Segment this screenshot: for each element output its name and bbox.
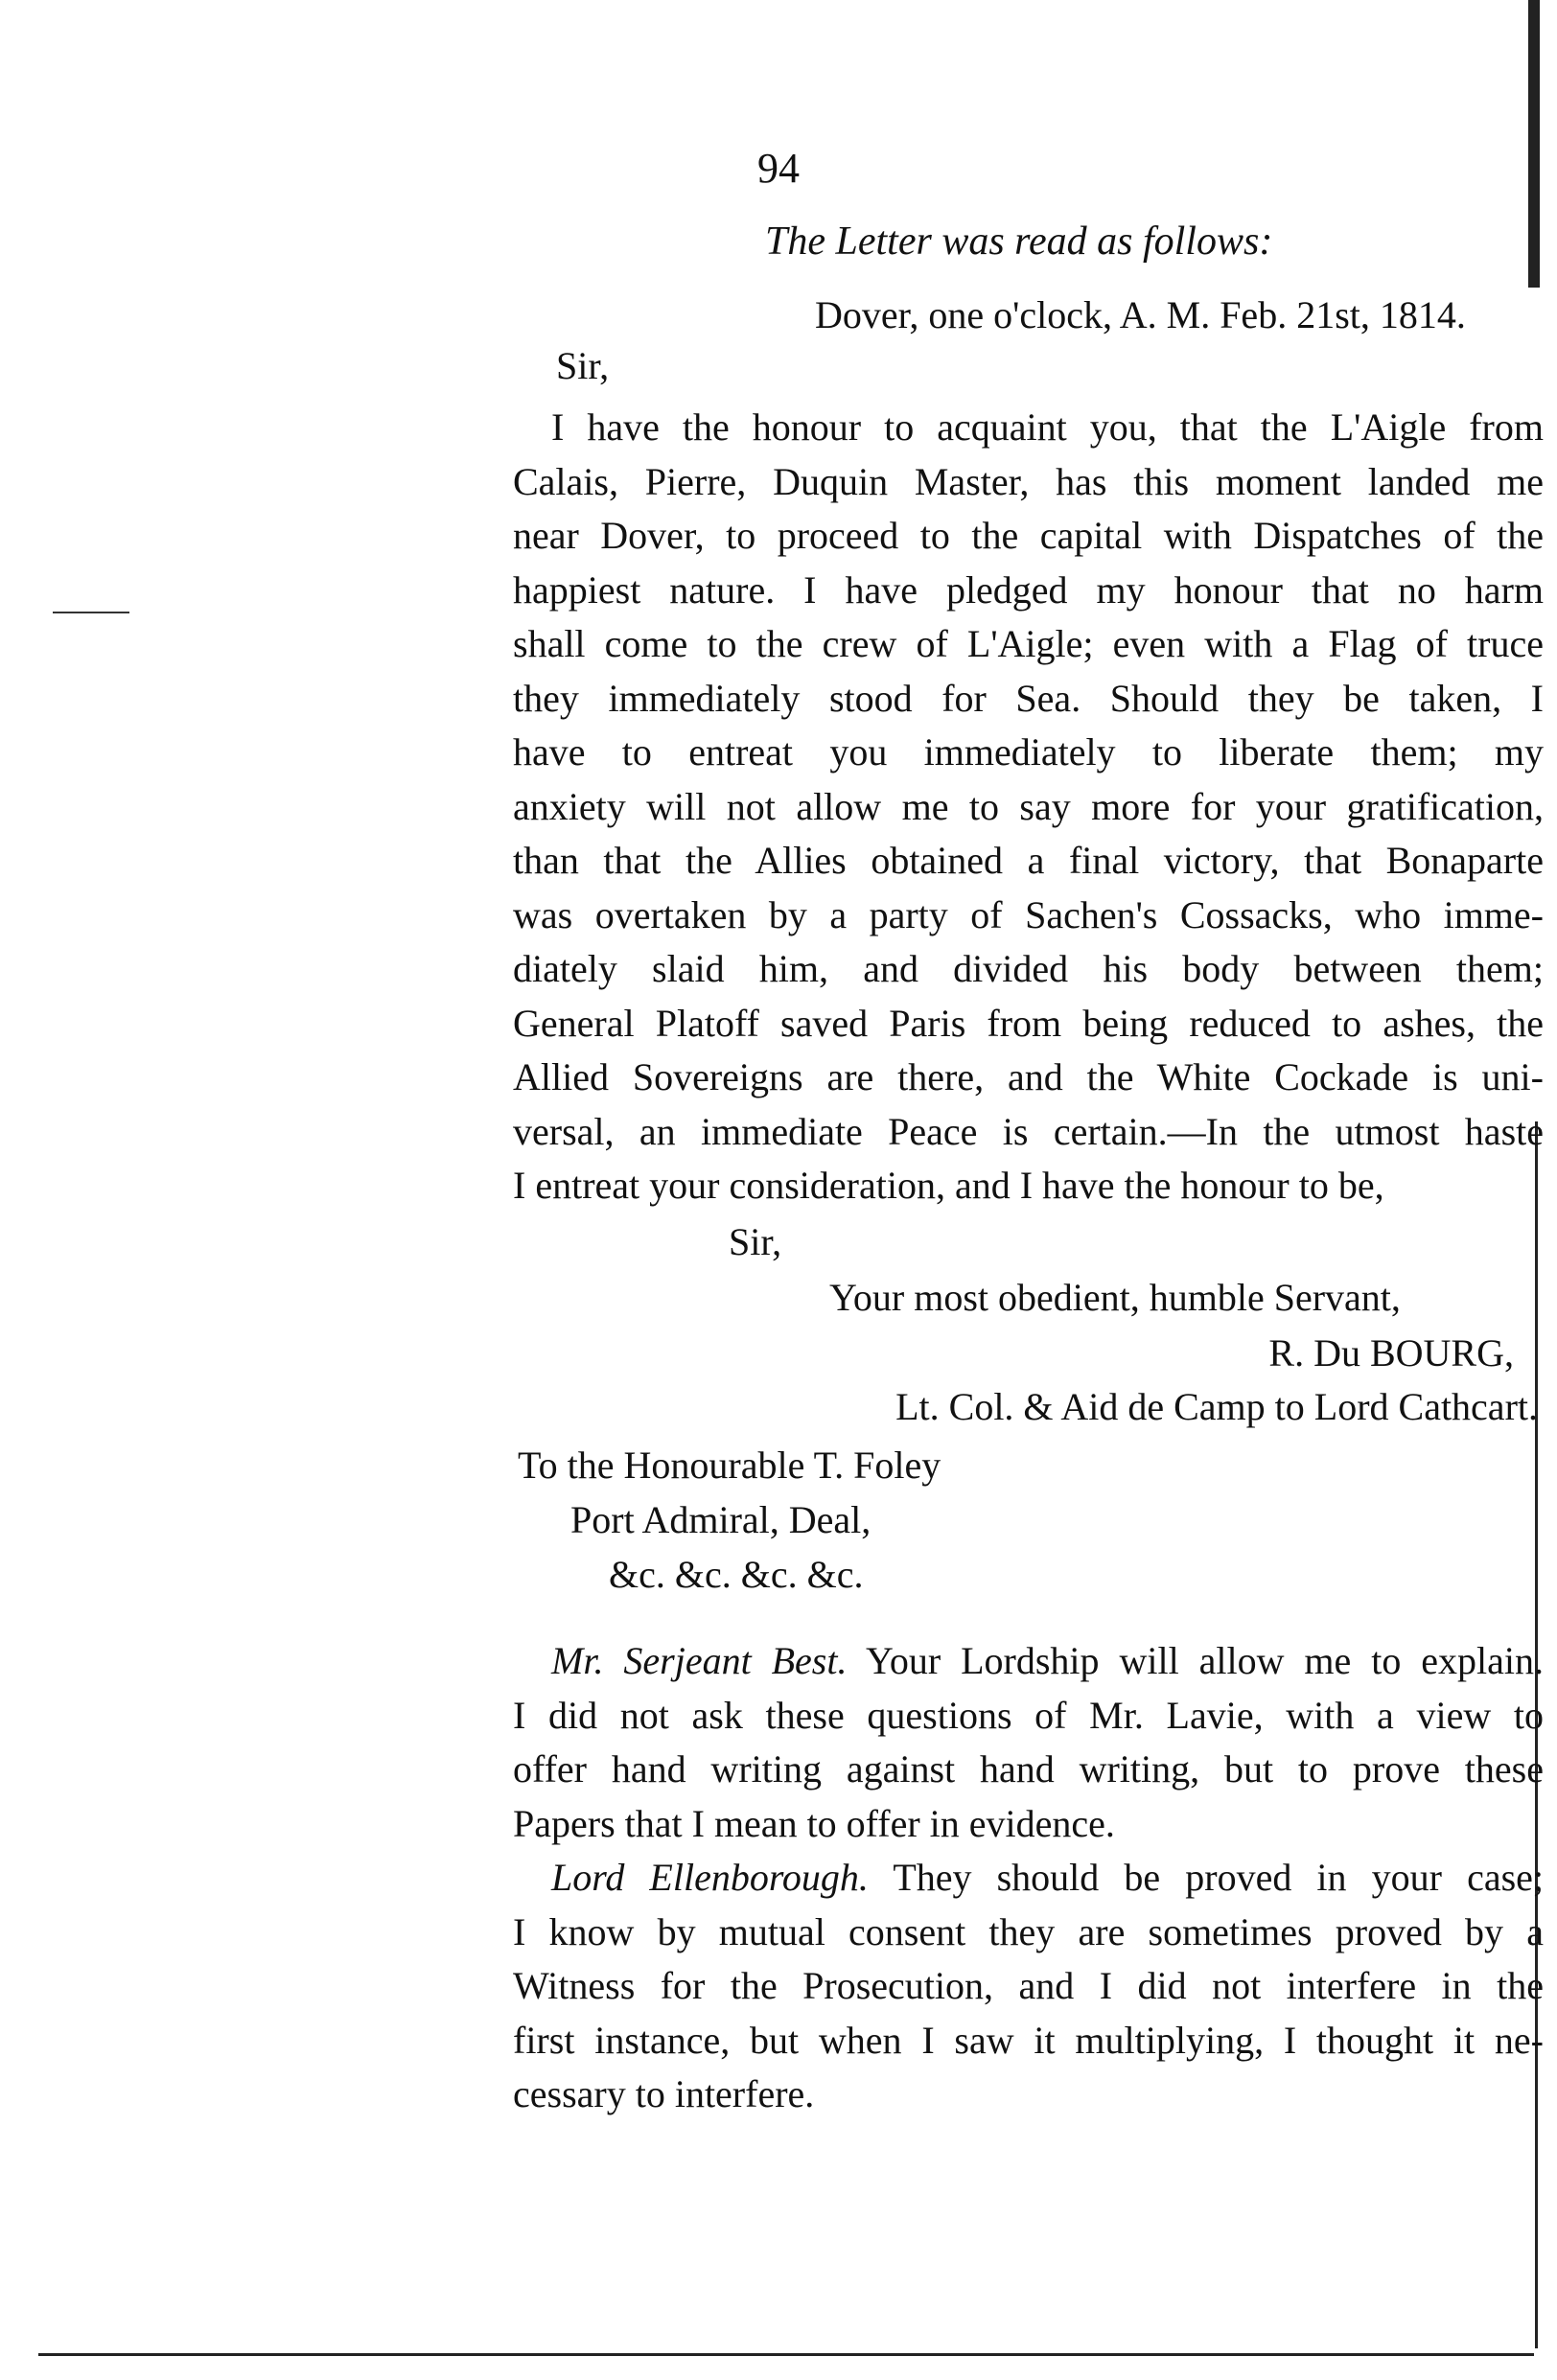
letter-line: I entreat your consideration, and I have…	[513, 1159, 1544, 1213]
valediction: Your most obedient, humble Servant,	[829, 1275, 1401, 1320]
letter-line: shall come to the crew of L'Aigle; even …	[513, 617, 1544, 672]
letter-line: near Dover, to proceed to the capital wi…	[513, 509, 1544, 564]
letter-salutation: Sir,	[556, 343, 609, 388]
testimony-line: cessary to interfere.	[513, 2068, 1544, 2122]
letter-line: was overtaken by a party of Sachen's Cos…	[513, 889, 1544, 943]
testimony-line: Mr. Serjeant Best. Your Lordship will al…	[513, 1634, 1544, 1689]
addressee-line: &c. &c. &c. &c.	[518, 1547, 941, 1602]
speech-text: They should be proved in your case;	[893, 1856, 1544, 1899]
letter-line: diately slaid him, and divided his body …	[513, 942, 1544, 997]
testimony-line: Papers that I mean to offer in evidence.	[513, 1797, 1544, 1852]
signer-title: Lt. Col. & Aid de Camp to Lord Cathcart.	[895, 1384, 1538, 1429]
testimony-line: offer hand writing against hand writing,…	[513, 1743, 1544, 1797]
addressee-line: To the Honourable T. Foley	[518, 1438, 941, 1492]
speaker-name: Mr. Serjeant Best.	[551, 1639, 848, 1682]
letter-line: I have the honour to acquaint you, that …	[513, 401, 1544, 455]
addressee-block: To the Honourable T. Foley Port Admiral,…	[518, 1438, 941, 1602]
section-heading: The Letter was read as follows:	[765, 219, 1272, 265]
addressee-line: Port Admiral, Deal,	[518, 1492, 941, 1547]
closing-salutation: Sir,	[729, 1219, 781, 1264]
letter-line: than that the Allies obtained a final vi…	[513, 834, 1544, 889]
testimony-line: Witness for the Prosecution, and I did n…	[513, 1959, 1544, 2014]
testimony-line: first instance, but when I saw it multip…	[513, 2014, 1544, 2068]
margin-mark	[53, 612, 129, 613]
letter-line: Allied Sovereigns are there, and the Whi…	[513, 1051, 1544, 1105]
letter-line: versal, an immediate Peace is certain.—I…	[513, 1105, 1544, 1160]
signer-name: R. Du BOURG,	[1268, 1330, 1514, 1375]
testimony-section: Mr. Serjeant Best. Your Lordship will al…	[513, 1634, 1544, 2122]
letter-dateline: Dover, one o'clock, A. M. Feb. 21st, 181…	[815, 292, 1466, 337]
bottom-rule	[38, 2353, 1534, 2356]
letter-line: have to entreat you immediately to liber…	[513, 726, 1544, 780]
page-number: 94	[0, 144, 1557, 193]
testimony-line: I know by mutual consent they are someti…	[513, 1906, 1544, 1960]
letter-line: happiest nature. I have pledged my honou…	[513, 564, 1544, 618]
letter-line: they immediately stood for Sea. Should t…	[513, 672, 1544, 727]
letter-line: General Platoff saved Paris from being r…	[513, 997, 1544, 1051]
speaker-name: Lord Ellenborough.	[551, 1856, 869, 1899]
speech-text: Your Lordship will allow me to explain.	[866, 1639, 1544, 1682]
letter-line: Calais, Pierre, Duquin Master, has this …	[513, 455, 1544, 510]
letter-line: anxiety will not allow me to say more fo…	[513, 780, 1544, 835]
letter-body: I have the honour to acquaint you, that …	[513, 401, 1544, 1213]
testimony-line: Lord Ellenborough. They should be proved…	[513, 1851, 1544, 1906]
testimony-line: I did not ask these questions of Mr. Lav…	[513, 1689, 1544, 1744]
